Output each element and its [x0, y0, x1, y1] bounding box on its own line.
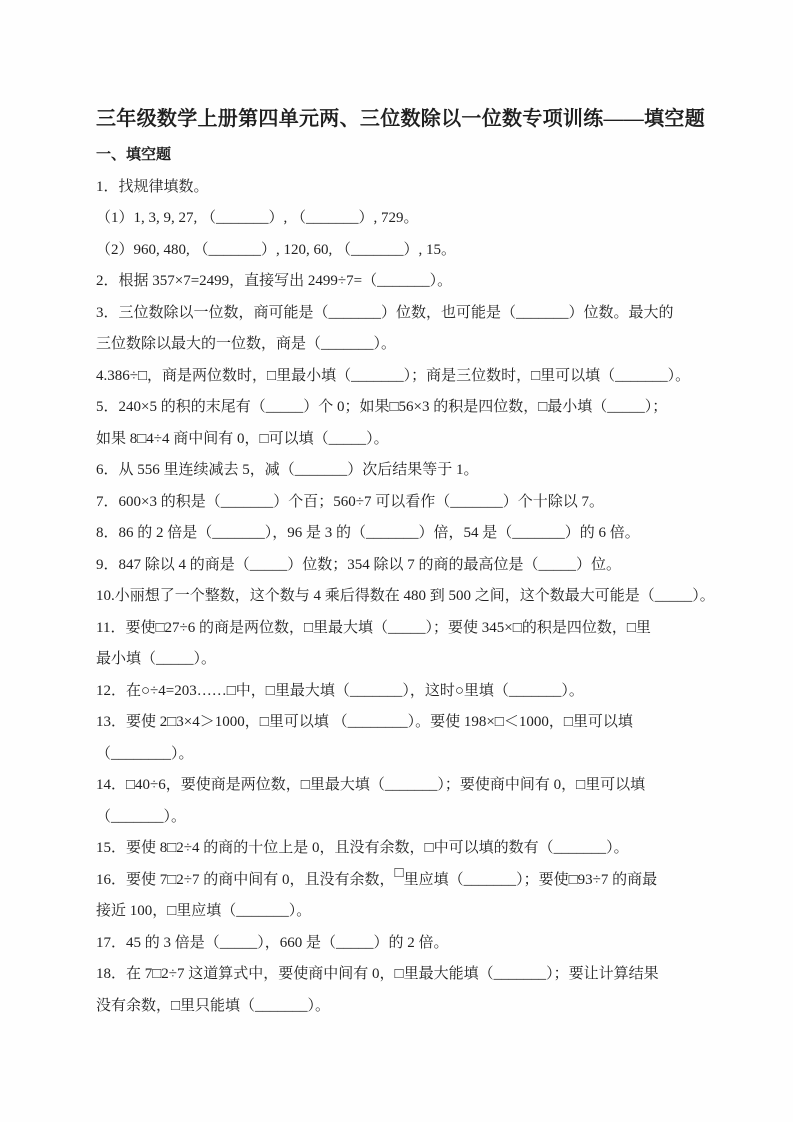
- worksheet-line: （2）960, 480, （_______）, 120, 60, （______…: [96, 235, 698, 267]
- worksheet-line: （1）1, 3, 9, 27, （_______）, （_______）, 72…: [96, 203, 698, 235]
- line-text: 没有余数，□里只能填（_______）。: [96, 998, 330, 1014]
- line-text: （________）。: [96, 746, 194, 762]
- worksheet-line: 14．□40÷6，要使商是两位数，□里最大填（_______）；要使商中间有 0…: [96, 770, 698, 802]
- line-text: 如果 8□4÷4 商中间有 0，□可以填（_____）。: [96, 431, 389, 447]
- worksheet-line: （_______）。: [96, 802, 698, 834]
- line-text: 14．□40÷6，要使商是两位数，□里最大填（_______）；要使商中间有 0…: [96, 777, 645, 793]
- worksheet-line: 3．三位数除以一位数，商可能是（_______）位数，也可能是（_______）…: [96, 298, 698, 330]
- line-text: （1）1, 3, 9, 27, （_______）, （_______）, 72…: [96, 210, 419, 226]
- worksheet-line: 三位数除以最大的一位数，商是（_______）。: [96, 329, 698, 361]
- worksheet-line: 7．600×3 的积是（_______）个百；560÷7 可以看作（______…: [96, 487, 698, 519]
- worksheet-line: 接近 100，□里应填（_______）。: [96, 896, 698, 928]
- line-text: 10.小丽想了一个整数，这个数与 4 乘后得数在 480 到 500 之间，这个…: [96, 588, 715, 604]
- line-text: 9．847 除以 4 的商是（_____）位数；354 除以 7 的商的最高位是…: [96, 557, 621, 573]
- worksheet-line: 2．根据 357×7=2499，直接写出 2499÷7=（_______）。: [96, 266, 698, 298]
- document-title: 三年级数学上册第四单元两、三位数除以一位数专项训练——填空题: [96, 106, 698, 132]
- line-text: 3．三位数除以一位数，商可能是（_______）位数，也可能是（_______）…: [96, 305, 674, 321]
- worksheet-line: （________）。: [96, 739, 698, 771]
- worksheet-line: 12．在○÷4=203……□中，□里最大填（_______），这时○里填（___…: [96, 676, 698, 708]
- line-text: 5．240×5 的积的末尾有（_____）个 0；如果□56×3 的积是四位数，…: [96, 399, 667, 415]
- line-text: 里应填（_______）；要使□93÷7 的商最: [404, 872, 658, 888]
- worksheet-lines: 1．找规律填数。（1）1, 3, 9, 27, （_______）, （____…: [96, 172, 698, 1023]
- worksheet-line: 6．从 556 里连续减去 5，减（_______）次后结果等于 1。: [96, 455, 698, 487]
- worksheet-line: 如果 8□4÷4 商中间有 0，□可以填（_____）。: [96, 424, 698, 456]
- worksheet-line: 10.小丽想了一个整数，这个数与 4 乘后得数在 480 到 500 之间，这个…: [96, 581, 698, 613]
- line-text: 18．在 7□2÷7 这道算式中，要使商中间有 0，□里最大能填（_______…: [96, 966, 659, 982]
- worksheet-line: 8．86 的 2 倍是（_______），96 是 3 的（_______）倍，…: [96, 518, 698, 550]
- section-heading: 一、填空题: [96, 140, 698, 172]
- line-text: 15．要使 8□2÷4 的商的十位上是 0，且没有余数，□中可以填的数有（___…: [96, 840, 629, 856]
- line-text: 16．要使 7□2÷7 的商中间有 0，且没有余数，: [96, 872, 395, 888]
- worksheet-line: 11．要使□27÷6 的商是两位数，□里最大填（_____）；要使 345×□的…: [96, 613, 698, 645]
- worksheet-line: 5．240×5 的积的末尾有（_____）个 0；如果□56×3 的积是四位数，…: [96, 392, 698, 424]
- worksheet-content: 三年级数学上册第四单元两、三位数除以一位数专项训练——填空题 一、填空题 1．找…: [96, 106, 698, 1022]
- line-text: 6．从 556 里连续减去 5，减（_______）次后结果等于 1。: [96, 462, 479, 478]
- worksheet-line: 17．45 的 3 倍是（_____），660 是（_____）的 2 倍。: [96, 928, 698, 960]
- line-text: 7．600×3 的积是（_______）个百；560÷7 可以看作（______…: [96, 494, 604, 510]
- line-text: 13．要使 2□3×4＞1000，□里可以填 （________）。要使 198…: [96, 714, 633, 730]
- worksheet-line: 最小填（_____）。: [96, 644, 698, 676]
- line-text: 17．45 的 3 倍是（_____），660 是（_____）的 2 倍。: [96, 935, 449, 951]
- raised-box-symbol: □: [395, 858, 404, 890]
- worksheet-line: 没有余数，□里只能填（_______）。: [96, 991, 698, 1023]
- line-text: 接近 100，□里应填（_______）。: [96, 903, 311, 919]
- line-text: （_______）。: [96, 809, 186, 825]
- line-text: 11．要使□27÷6 的商是两位数，□里最大填（_____）；要使 345×□的…: [96, 620, 651, 636]
- worksheet-line: 18．在 7□2÷7 这道算式中，要使商中间有 0，□里最大能填（_______…: [96, 959, 698, 991]
- line-text: 1．找规律填数。: [96, 179, 209, 195]
- worksheet-page: 三年级数学上册第四单元两、三位数除以一位数专项训练——填空题 一、填空题 1．找…: [0, 0, 793, 1122]
- line-text: 三位数除以最大的一位数，商是（_______）。: [96, 336, 396, 352]
- line-text: 12．在○÷4=203……□中，□里最大填（_______），这时○里填（___…: [96, 683, 584, 699]
- worksheet-line: 4.386÷□，商是两位数时，□里最小填（_______）；商是三位数时，□里可…: [96, 361, 698, 393]
- line-text: 最小填（_____）。: [96, 651, 216, 667]
- line-text: （2）960, 480, （_______）, 120, 60, （______…: [96, 242, 456, 258]
- line-text: 4.386÷□，商是两位数时，□里最小填（_______）；商是三位数时，□里可…: [96, 368, 690, 384]
- worksheet-line: 16．要使 7□2÷7 的商中间有 0，且没有余数，□里应填（_______）；…: [96, 865, 698, 897]
- worksheet-line: 9．847 除以 4 的商是（_____）位数；354 除以 7 的商的最高位是…: [96, 550, 698, 582]
- line-text: 2．根据 357×7=2499，直接写出 2499÷7=（_______）。: [96, 273, 452, 289]
- worksheet-line: 1．找规律填数。: [96, 172, 698, 204]
- worksheet-line: 13．要使 2□3×4＞1000，□里可以填 （________）。要使 198…: [96, 707, 698, 739]
- line-text: 8．86 的 2 倍是（_______），96 是 3 的（_______）倍，…: [96, 525, 640, 541]
